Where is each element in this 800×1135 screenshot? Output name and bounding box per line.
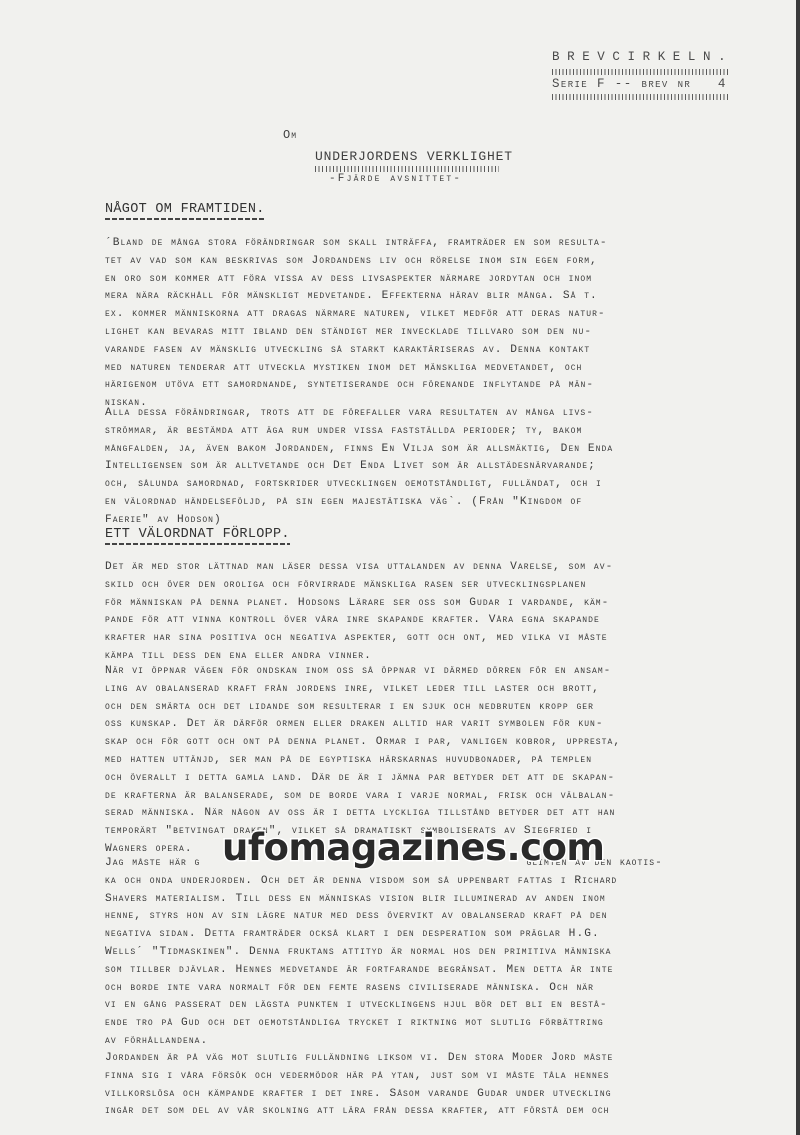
document-page: BREVCIRKELN. Serie F -- brev nr 4 Om UND… [0, 0, 796, 1135]
divider [315, 166, 499, 172]
paragraph: Jordanden är på väg mot slutlig fulländn… [105, 1050, 785, 1121]
series-title: BREVCIRKELN. [552, 50, 733, 68]
heading-underline [105, 543, 290, 545]
watermark: ufomagazines.com [222, 826, 604, 869]
divider [552, 69, 730, 75]
document-title: UNDERJORDENS VERKLIGHET [315, 149, 513, 164]
section-heading-text: ETT VÄLORDNAT FÖRLOPP. [105, 527, 290, 542]
series-number: Serie F -- brev nr 4 [552, 77, 733, 93]
document-title-block: Om UNDERJORDENS VERKLIGHET -Fjärde avsni… [283, 128, 513, 185]
title-prefix: Om [283, 128, 513, 142]
document-subtitle: -Fjärde avsnittet- [329, 173, 513, 185]
heading-underline [105, 218, 265, 220]
section-heading: NÅGOT OM FRAMTIDEN. [105, 202, 265, 220]
section-heading: ETT VÄLORDNAT FÖRLOPP. [105, 527, 290, 545]
paragraph: Jag måste här g glimten av den kaotis- k… [105, 855, 785, 1051]
paragraph: Alla dessa förändringar, trots att de fö… [105, 405, 785, 530]
paragraph: Det är med stor lättnad man läser dessa … [105, 559, 785, 666]
section-heading-text: NÅGOT OM FRAMTIDEN. [105, 202, 265, 217]
letter-series-header: BREVCIRKELN. Serie F -- brev nr 4 [552, 50, 733, 102]
divider [552, 94, 730, 100]
paragraph: ´Bland de många stora förändringar som s… [105, 235, 785, 413]
